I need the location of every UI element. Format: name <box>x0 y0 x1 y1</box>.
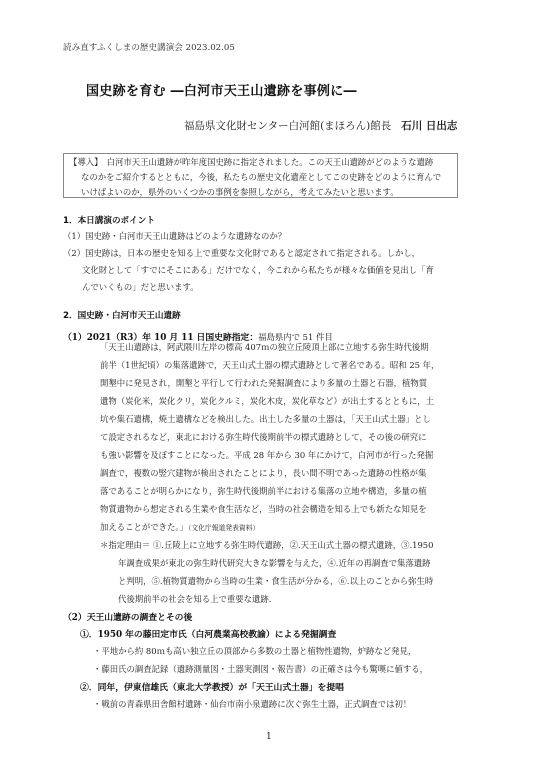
intro-box: 【導入】 白河市天王山遺跡が昨年度国史跡に指定されました。この天王山遺跡がどのよ… <box>63 153 458 198</box>
quote-line: 坑や集石遺構，焼土遺構などを検出した。出土した多量の土器は，「天王山式土器」とし <box>100 413 431 425</box>
quote-source: （文化庁報道発表資料） <box>188 524 259 532</box>
reason-line: ＊指定理由＝ ①.丘陵上に立地する弥生時代遺跡，②.天王山式土器の標式遺跡，③.… <box>100 539 433 551</box>
section2-heading: 2．国史跡・白河市天王山遺跡 <box>63 309 181 321</box>
reason-line: と判明，⑤.植物質遺物から当時の生業・食生活が分かる，⑥.以上のことから弥生時 <box>118 575 433 587</box>
sub2-bullet: ・藤田氏の調査記録（遺跡測量図・土器実測図・報告書）の正確さは今も驚嘆に値する， <box>93 663 428 675</box>
quote-line: 遺物（炭化米，炭化クリ，炭化クルミ，炭化木皮，炭化草など）が出土するとともに，土 <box>100 395 434 407</box>
sub2-bullet: ・平地から約 80ｍも高い独立丘の頂部から多数の土器と植物性遺物，炉跡など発見， <box>93 645 416 657</box>
quote-end: 加えることができた。」 <box>100 522 188 532</box>
section1-item-cont: んでいくもの」だと思います。 <box>82 281 199 293</box>
section1-heading: 1．本日講演のポイント <box>63 214 155 226</box>
quote-line: て設定されるなど，東北における弥生時代後期前半の標式遺跡として，その後の研究に <box>100 431 426 443</box>
sub2-item-title: ①．1950 年の藤田定市氏（白河農業高校教諭）による発掘調査 <box>80 627 336 640</box>
quote-line: 「天王山遺跡は，阿武隈川左岸の標高 407ｍの独立丘陵頂上部に立地する弥生時代後… <box>100 341 429 353</box>
quote-line: 前半（1世紀頃）の集落遺跡で，天王山式土器の標式遺跡として著名である。昭和 25… <box>100 359 439 371</box>
author-affiliation: 福島県文化財センター白河館(まほろん)館長 <box>184 120 391 132</box>
section1-item-cont: 文化財として「すでにそこにある」だけでなく，今これから私たちが様々な価値を見出し… <box>82 264 434 276</box>
sub2-item-title: ②．同年，伊東信雄氏（東北大学教授）が「天王山式土器」を提唱 <box>80 680 344 693</box>
page-number: 1 <box>266 732 272 742</box>
quote-line: 加えることができた。」（文化庁報道発表資料） <box>100 521 259 533</box>
author-line: 福島県文化財センター白河館(まほろん)館長石川 日出志 <box>184 118 457 133</box>
sub2-bullet: ・戦前の青森県田舎館村遺跡・仙台市南小泉遺跡に次ぐ弥生土器，正式調査では初！ <box>93 698 411 710</box>
quote-line: 物質遺物から想定される生業や食生活など，当時の社会構造を知る上でも新たな知見を <box>100 503 427 515</box>
quote-line: 調査で，複数の竪穴建物が検出されたことにより，長い間不明であった遺跡の性格が集 <box>100 467 426 479</box>
document-title: 国史跡を育む ―白河市天王山遺跡を事例に― <box>86 80 357 99</box>
reason-line: 年調査成果が東北の弥生時代研究大きな影響を与えた，④.近年の再調査で集落遺跡 <box>118 557 431 569</box>
quote-line: 落であることが明らかになり，弥生時代後期前半における集落の立地や構造，多量の植 <box>100 485 427 497</box>
intro-line: 【導入】 白河市天王山遺跡が昨年度国史跡に指定されました。この天王山遺跡がどのよ… <box>69 155 452 170</box>
author-name: 石川 日出志 <box>401 120 457 132</box>
section1-item: （1）国史跡・白河市天王山遺跡はどのような遺跡なのか？ <box>63 230 286 242</box>
intro-line: いけばよいのか，県外のいくつかの事例を参照しながら，考えてみたいと思います。 <box>69 185 452 200</box>
section1-item: （2）国史跡は，日本の歴史を知る上で重要な文化財であると認定されて指定される。し… <box>63 247 420 259</box>
quote-line: も強い影響を及ぼすことになった。平成 28 年から 30 年にかけて，白河市が行… <box>100 449 433 461</box>
quote-line: 開墾中に発見され，開墾と平行して行われた発掘調査により多量の土器と石器，植物質 <box>100 377 427 389</box>
document-header: 読み直すふくしまの歴史講演会 2023.02.05 <box>63 41 235 53</box>
reason-line: 代後期前半の社会を知る上で重要な遺跡. <box>118 593 271 605</box>
sub2-heading: （2）天王山遺跡の調査とその後 <box>63 610 192 623</box>
intro-line: なのかをご紹介するとともに，今後，私たちの歴史文化遺産としてこの史跡をどのように… <box>69 170 452 185</box>
